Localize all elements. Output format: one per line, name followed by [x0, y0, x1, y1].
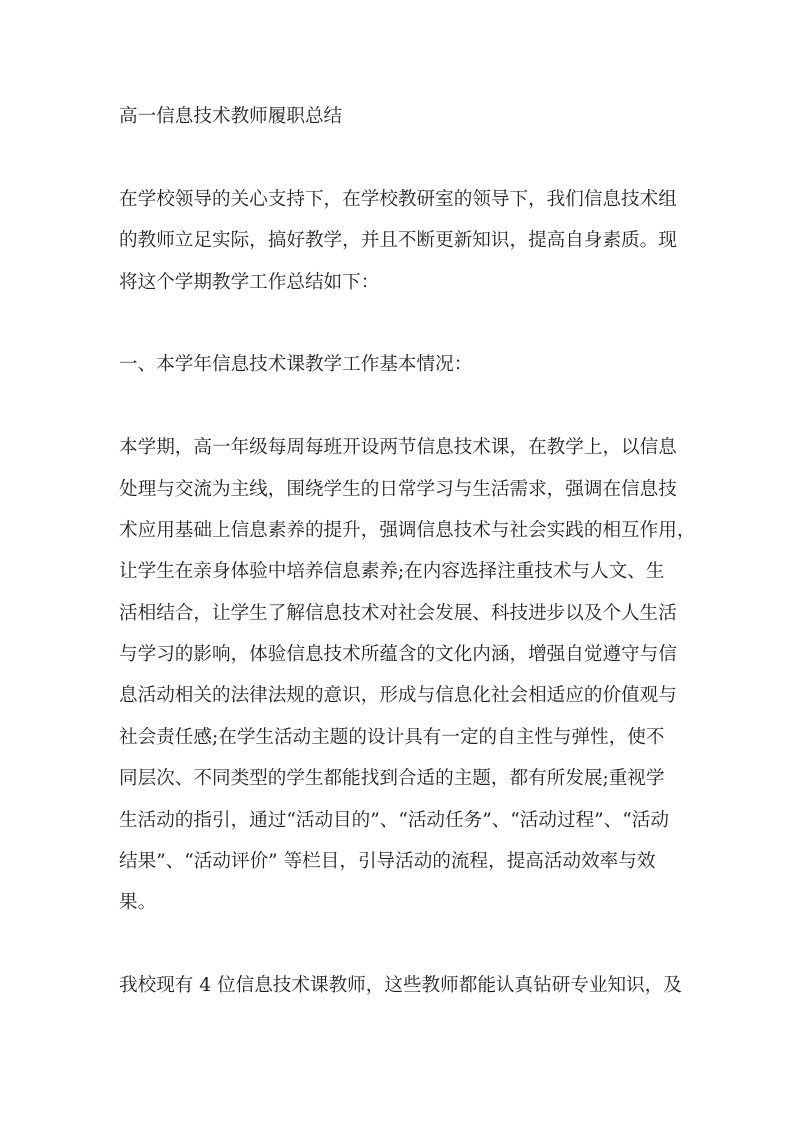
section-heading: 一、本学年信息技术课教学工作基本情况：: [119, 344, 679, 385]
blank-line: [119, 924, 679, 965]
paragraph-line: 息活动相关的法律法规的意识，形成与信息化社会相适应的价值观与: [119, 675, 679, 716]
paragraph-line: 将这个学期教学工作总结如下：: [119, 262, 679, 303]
paragraph-intro: 在学校领导的关心支持下，在学校教研室的领导下，我们信息技术组 的教师立足实际，搞…: [119, 179, 679, 303]
blank-line: [119, 303, 679, 344]
section-heading-text: 一、本学年信息技术课教学工作基本情况：: [119, 344, 679, 385]
document-page: 高一信息技术教师履职总结 在学校领导的关心支持下，在学校教研室的领导下，我们信息…: [119, 96, 679, 1007]
paragraph-line: 活相结合，让学生了解信息技术对社会发展、科技进步以及个人生活: [119, 593, 679, 634]
paragraph-line: 让学生在亲身体验中培养信息素养;在内容选择注重技术与人文、生: [119, 551, 679, 592]
paragraph-line: 生活动的指引，通过“活动目的”、“活动任务”、“活动过程”、“活动: [119, 800, 679, 841]
paragraph-line: 处理与交流为主线，围绕学生的日常学习与生活需求，强调在信息技: [119, 469, 679, 510]
document-title: 高一信息技术教师履职总结: [119, 96, 679, 137]
paragraph-section-1-body: 本学期，高一年级每周每班开设两节信息技术课，在教学上，以信息 处理与交流为主线，…: [119, 427, 679, 924]
paragraph-teachers: 我校现有 4 位信息技术课教师，这些教师都能认真钻研专业知识，及: [119, 965, 679, 1006]
paragraph-line: 术应用基础上信息素养的提升，强调信息技术与社会实践的相互作用，: [119, 510, 679, 551]
paragraph-line: 的教师立足实际，搞好教学，并且不断更新知识，提高自身素质。现: [119, 220, 679, 261]
paragraph-line: 同层次、不同类型的学生都能找到合适的主题，都有所发展;重视学: [119, 758, 679, 799]
paragraph-line: 在学校领导的关心支持下，在学校教研室的领导下，我们信息技术组: [119, 179, 679, 220]
blank-line: [119, 137, 679, 178]
blank-line: [119, 386, 679, 427]
paragraph-line: 结果”、“活动评价” 等栏目，引导活动的流程，提高活动效率与效: [119, 841, 679, 882]
paragraph-line: 我校现有 4 位信息技术课教师，这些教师都能认真钻研专业知识，及: [119, 965, 679, 1006]
paragraph-line: 果。: [119, 882, 679, 923]
paragraph-line: 社会责任感;在学生活动主题的设计具有一定的自主性与弹性，使不: [119, 717, 679, 758]
paragraph-line: 与学习的影响，体验信息技术所蕴含的文化内涵，增强自觉遵守与信: [119, 634, 679, 675]
paragraph-line: 本学期，高一年级每周每班开设两节信息技术课，在教学上，以信息: [119, 427, 679, 468]
